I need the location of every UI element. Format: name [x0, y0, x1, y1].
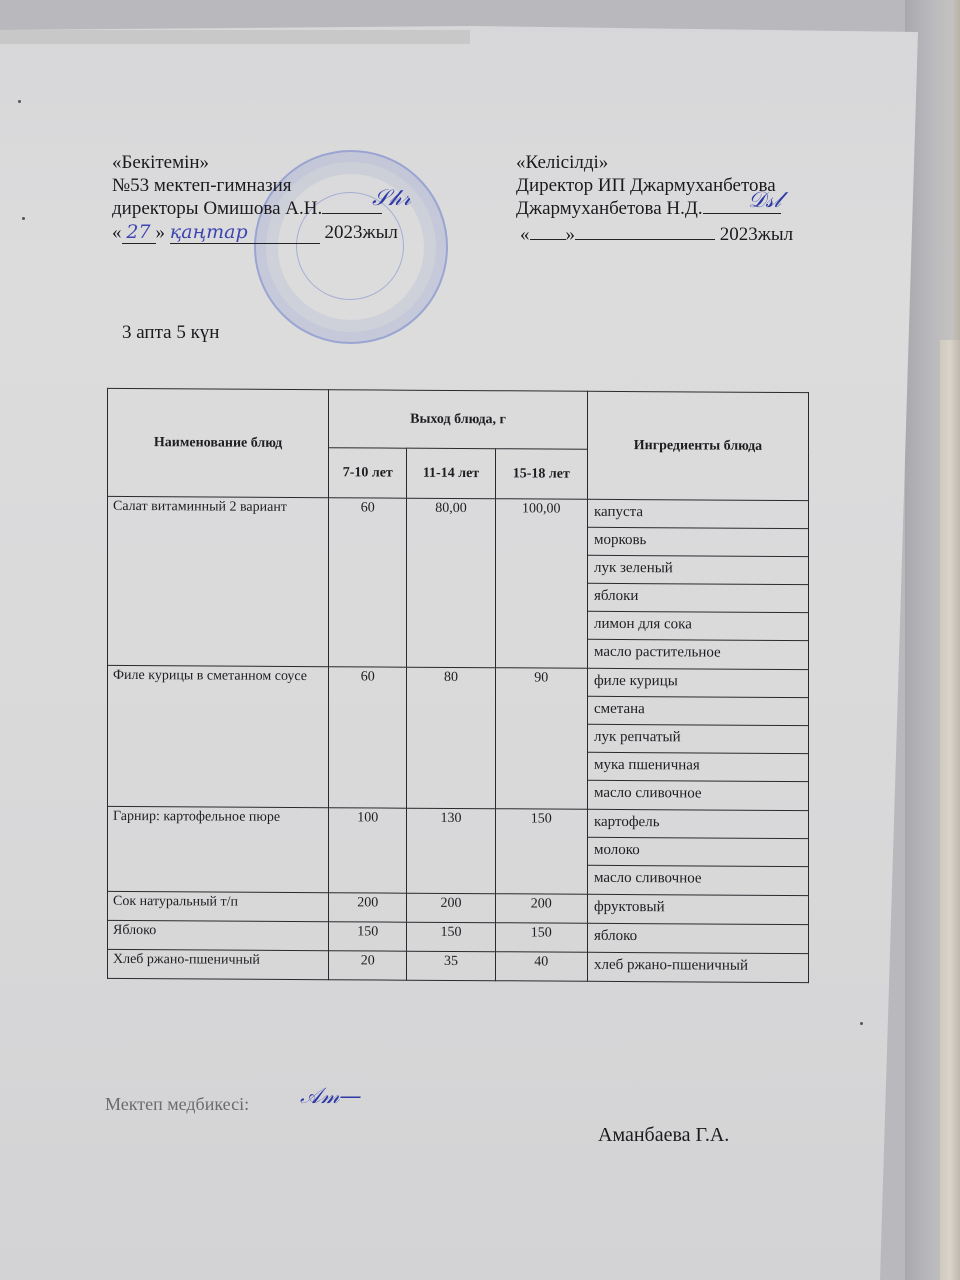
- ingredient-item: картофель: [588, 810, 808, 839]
- table-row: Салат витаминный 2 вариант6080,00100,00к…: [108, 496, 809, 669]
- header-age-15-18: 15-18 лет: [495, 449, 587, 500]
- ingredients-cell: хлеб ржано-пшеничный: [587, 952, 808, 982]
- yield-value: 100: [329, 808, 407, 893]
- ingredient-item: фруктовый: [588, 895, 808, 924]
- nurse-label: Мектеп медбикесі:: [105, 1093, 249, 1115]
- ingredients-cell: картофельмолокомасло сливочное: [587, 809, 808, 895]
- header-yield: Выход блюда, г: [329, 390, 588, 450]
- yield-value: 60: [329, 667, 407, 808]
- yield-value: 80: [407, 667, 495, 809]
- yield-value: 20: [329, 951, 407, 980]
- metal-frame-edge: [940, 340, 960, 1280]
- ingredient-item: молоко: [588, 838, 808, 867]
- table-row: Филе курицы в сметанном соусе608090филе …: [108, 665, 809, 810]
- paper-edge-shadow: [0, 30, 470, 44]
- approval-right-position: Директор ИП Джармуханбетова: [516, 175, 776, 197]
- date-month: қаңтар: [170, 221, 320, 244]
- yield-value: 60: [329, 498, 407, 667]
- approval-left-org: №53 мектеп-гимназия: [112, 175, 292, 197]
- approval-right-name: Джармуханбетова Н.Д.: [516, 198, 781, 220]
- approval-left-title: «Бекітемін»: [112, 152, 209, 174]
- table-row: Гарнир: картофельное пюре100130150картоф…: [108, 806, 809, 895]
- ingredient-item: лимон для сока: [588, 612, 808, 641]
- ingredient-item: хлеб ржано-пшеничный: [588, 953, 808, 982]
- yield-value: 80,00: [407, 498, 495, 668]
- yield-value: 200: [329, 893, 407, 922]
- yield-value: 40: [495, 952, 587, 982]
- yield-value: 100,00: [495, 499, 587, 669]
- date-month-blank: [575, 239, 715, 240]
- header-dish: Наименование блюд: [108, 388, 329, 497]
- ingredient-item: масло сливочное: [588, 866, 808, 895]
- ingredient-item: яблоки: [588, 584, 808, 613]
- nurse-name: Аманбаева Г.А.: [598, 1124, 729, 1146]
- ingredient-item: яблоко: [588, 924, 808, 953]
- ingredient-item: мука пшеничная: [588, 753, 808, 782]
- ingredient-item: масло растительное: [588, 640, 808, 669]
- menu-table: Наименование блюд Выход блюда, г Ингреди…: [107, 388, 809, 983]
- ingredients-cell: филе курицысметаналук репчатыймука пшени…: [587, 668, 808, 810]
- yield-value: 200: [495, 894, 587, 924]
- signature-line: [703, 213, 781, 214]
- ingredient-item: лук репчатый: [588, 725, 808, 754]
- ingredient-item: сметана: [588, 697, 808, 726]
- dish-name: Сок натуральный т/п: [108, 891, 329, 921]
- table-row: Хлеб ржано-пшеничный203540хлеб ржано-пше…: [108, 949, 809, 982]
- yield-value: 150: [495, 809, 587, 895]
- date-day: 27: [122, 221, 156, 244]
- approval-right-date: «» 2023жыл: [520, 224, 793, 246]
- approval-right-title: «Келісілді»: [516, 152, 608, 174]
- date-day: [530, 239, 566, 240]
- paper-speck: [22, 217, 25, 220]
- ingredient-item: филе курицы: [588, 669, 808, 698]
- dish-name: Салат витаминный 2 вариант: [108, 496, 329, 666]
- ingredients-cell: яблоко: [587, 923, 808, 953]
- signature-line: [322, 213, 382, 214]
- dish-name: Филе курицы в сметанном соусе: [108, 665, 329, 807]
- director-name: директоры Омишова А.Н.: [112, 198, 322, 219]
- paper-speck: [18, 100, 21, 103]
- header-ingredients: Ингредиенты блюда: [587, 391, 808, 500]
- approval-left-date: «27» қаңтар 2023жыл: [112, 221, 398, 244]
- yield-value: 200: [407, 893, 495, 923]
- dish-name: Хлеб ржано-пшеничный: [108, 949, 329, 979]
- ingredient-item: масло сливочное: [588, 781, 808, 810]
- ingredient-item: капуста: [588, 500, 808, 529]
- ingredients-cell: фруктовый: [587, 894, 808, 924]
- nurse-signature: 𝒜𝓂—: [300, 1084, 362, 1109]
- date-year: 2023жыл: [720, 224, 793, 245]
- contractor-signature: 𝒟𝓈𝓁: [748, 188, 781, 213]
- approval-left-director: директоры Омишова А.Н.: [112, 198, 382, 220]
- ingredient-item: морковь: [588, 528, 808, 557]
- table-row: Сок натуральный т/п200200200фруктовый: [108, 891, 809, 924]
- dish-name: Яблоко: [108, 920, 329, 950]
- yield-value: 150: [329, 922, 407, 951]
- yield-value: 90: [495, 668, 587, 810]
- paper-speck: [860, 1022, 863, 1025]
- week-day-label: 3 апта 5 күн: [122, 322, 219, 344]
- date-year: 2023жыл: [325, 222, 398, 243]
- contractor-name: Джармуханбетова Н.Д.: [516, 198, 703, 219]
- header-age-11-14: 11-14 лет: [407, 448, 495, 499]
- yield-value: 130: [407, 808, 495, 894]
- yield-value: 150: [407, 922, 495, 952]
- yield-value: 35: [407, 951, 495, 981]
- director-signature: 𝒮𝒽𝓇: [372, 186, 411, 211]
- table-row: Яблоко150150150яблоко: [108, 920, 809, 953]
- ingredients-cell: капустаморковьлук зеленыйяблокилимон для…: [587, 499, 808, 669]
- yield-value: 150: [495, 923, 587, 953]
- dish-name: Гарнир: картофельное пюре: [108, 806, 329, 892]
- ingredient-item: лук зеленый: [588, 556, 808, 585]
- header-age-7-10: 7-10 лет: [329, 448, 407, 498]
